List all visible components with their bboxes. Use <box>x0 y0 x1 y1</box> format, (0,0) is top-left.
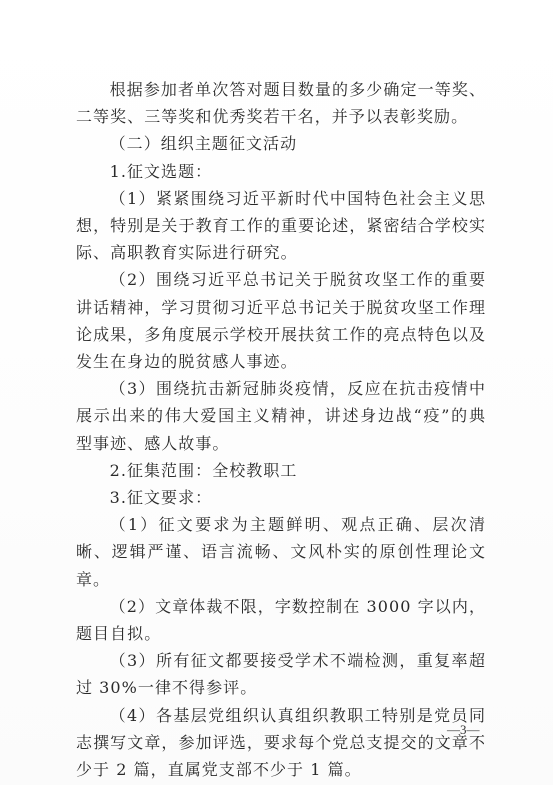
document-body: 根据参加者单次答对题目数量的多少确定一等奖、二等奖、三等奖和优秀奖若干名，并予以… <box>76 76 486 783</box>
paragraph-requirement-4: （4）各基层党组织认真组织教职工特别是党员同志撰写文章，参加评选，要求每个党总支… <box>76 702 486 784</box>
subheading-collection-scope: 2.征集范围：全校教职工 <box>76 457 486 484</box>
document-page: 根据参加者单次答对题目数量的多少确定一等奖、二等奖、三等奖和优秀奖若干名，并予以… <box>0 0 553 785</box>
paragraph-requirement-3: （3）所有征文都要接受学术不端检测，重复率超过 30%一律不得参评。 <box>76 647 486 701</box>
paragraph-requirement-1: （1）征文要求为主题鲜明、观点正确、层次清晰、逻辑严谨、语言流畅、文风朴实的原创… <box>76 511 486 593</box>
page-number: —3— <box>447 722 480 738</box>
paragraph-requirement-2: （2）文章体裁不限，字数控制在 3000 字以内，题目自拟。 <box>76 593 486 647</box>
paragraph-topic-2: （2）围绕习近平总书记关于脱贫攻坚工作的重要讲话精神，学习贯彻习近平总书记关于脱… <box>76 266 486 375</box>
paragraph-topic-1: （1）紧紧围绕习近平新时代中国特色社会主义思想，特别是关于教育工作的重要论述，紧… <box>76 185 486 267</box>
subheading-essay-topics: 1.征文选题： <box>76 158 486 185</box>
subheading-essay-requirements: 3.征文要求： <box>76 484 486 511</box>
section-heading-essay-activity: （二）组织主题征文活动 <box>76 130 486 157</box>
paragraph-topic-3: （3）围绕抗击新冠肺炎疫情，反应在抗击疫情中展示出来的伟大爱国主义精神，讲述身边… <box>76 375 486 457</box>
paragraph-award-criteria: 根据参加者单次答对题目数量的多少确定一等奖、二等奖、三等奖和优秀奖若干名，并予以… <box>76 76 486 130</box>
